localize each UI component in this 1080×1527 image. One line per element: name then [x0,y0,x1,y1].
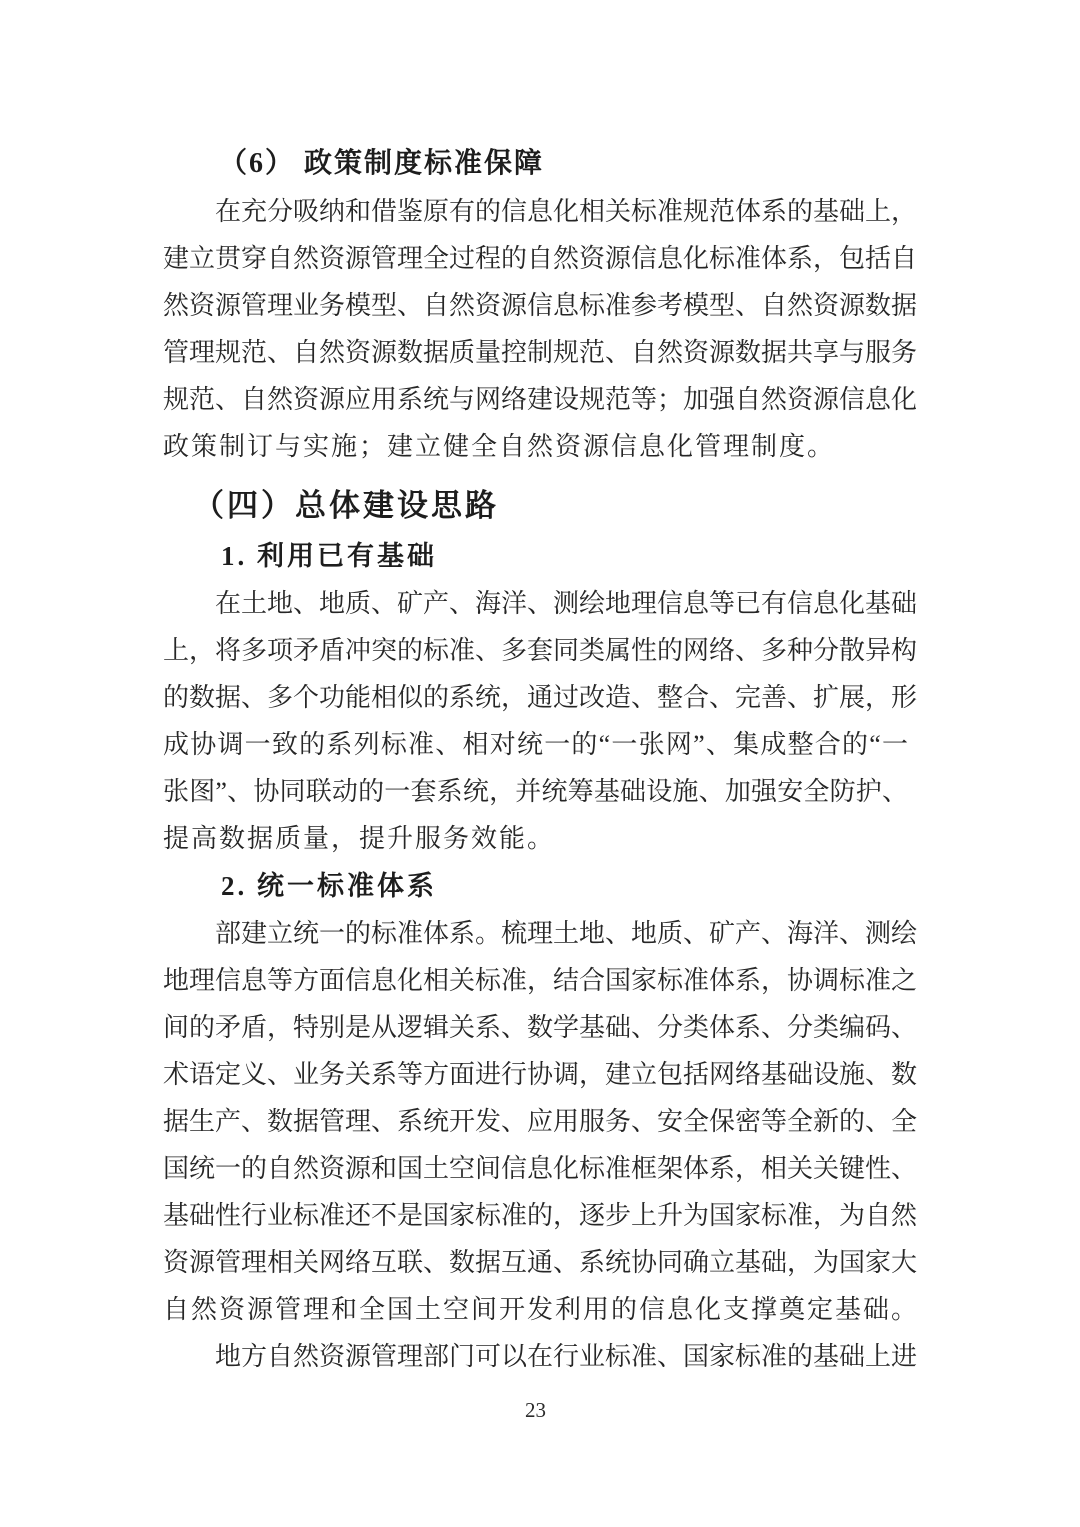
paragraph3-line8: 资源管理相关网络互联、数据互通、系统协同确立基础，为国家大 [163,1239,908,1286]
paragraph3-line9: 自然资源管理和全国土空间开发利用的信息化支撑奠定基础。 [163,1286,908,1333]
paragraph1-line4: 管理规范、自然资源数据质量控制规范、自然资源数据共享与服务 [163,329,908,376]
paragraph4-line1: 地方自然资源管理部门可以在行业标准、国家标准的基础上进 [163,1333,908,1380]
paragraph2-line6: 提高数据质量，提升服务效能。 [163,815,908,862]
paragraph3-line2: 地理信息等方面信息化相关标准，结合国家标准体系，协调标准之 [163,957,908,1004]
paragraph2-line3: 的数据、多个功能相似的系统，通过改造、整合、完善、扩展，形 [163,674,908,721]
paragraph3-line7: 基础性行业标准还不是国家标准的，逐步上升为国家标准，为自然 [163,1192,908,1239]
page-number: 23 [525,1398,546,1422]
paragraph2-line1: 在土地、地质、矿产、海洋、测绘地理信息等已有信息化基础 [163,580,908,627]
paragraph1-line3: 然资源管理业务模型、自然资源信息标准参考模型、自然资源数据 [163,282,908,329]
page-footer: 23 [163,1398,908,1423]
paragraph3-line5: 据生产、数据管理、系统开发、应用服务、安全保密等全新的、全 [163,1098,908,1145]
document-page: （6） 政策制度标准保障 在充分吸纳和借鉴原有的信息化相关标准规范体系的基础上，… [0,0,1080,1527]
heading-use-existing-foundation: 1. 利用已有基础 [221,532,908,580]
paragraph3-line6: 国统一的自然资源和国土空间信息化标准框架体系，相关关键性、 [163,1145,908,1192]
paragraph3-line4: 术语定义、业务关系等方面进行协调，建立包括网络基础设施、数 [163,1051,908,1098]
paragraph1-line2: 建立贯穿自然资源管理全过程的自然资源信息化标准体系，包括自 [163,235,908,282]
paragraph2-line2: 上，将多项矛盾冲突的标准、多套同类属性的网络、多种分散异构 [163,627,908,674]
paragraph3-line3: 间的矛盾，特别是从逻辑关系、数学基础、分类体系、分类编码、 [163,1004,908,1051]
paragraph2-line5: 张图”、协同联动的一套系统，并统筹基础设施、加强安全防护、 [163,768,908,815]
paragraph3-line1: 部建立统一的标准体系。梳理土地、地质、矿产、海洋、测绘 [163,910,908,957]
paragraph2-line4: 成协调一致的系列标准、相对统一的“一张网”、集成整合的“一 [163,721,908,768]
paragraph1-line5: 规范、自然资源应用系统与网络建设规范等；加强自然资源信息化 [163,376,908,423]
paragraph1-line1: 在充分吸纳和借鉴原有的信息化相关标准规范体系的基础上， [163,188,908,235]
paragraph1-line6: 政策制订与实施；建立健全自然资源信息化管理制度。 [163,423,908,470]
heading-unified-standard-system: 2. 统一标准体系 [221,862,908,910]
page-body: （6） 政策制度标准保障 在充分吸纳和借鉴原有的信息化相关标准规范体系的基础上，… [163,140,908,1423]
heading-overall-construction-approach: （四）总体建设思路 [193,480,908,532]
heading-policy-standards: （6） 政策制度标准保障 [219,140,908,188]
